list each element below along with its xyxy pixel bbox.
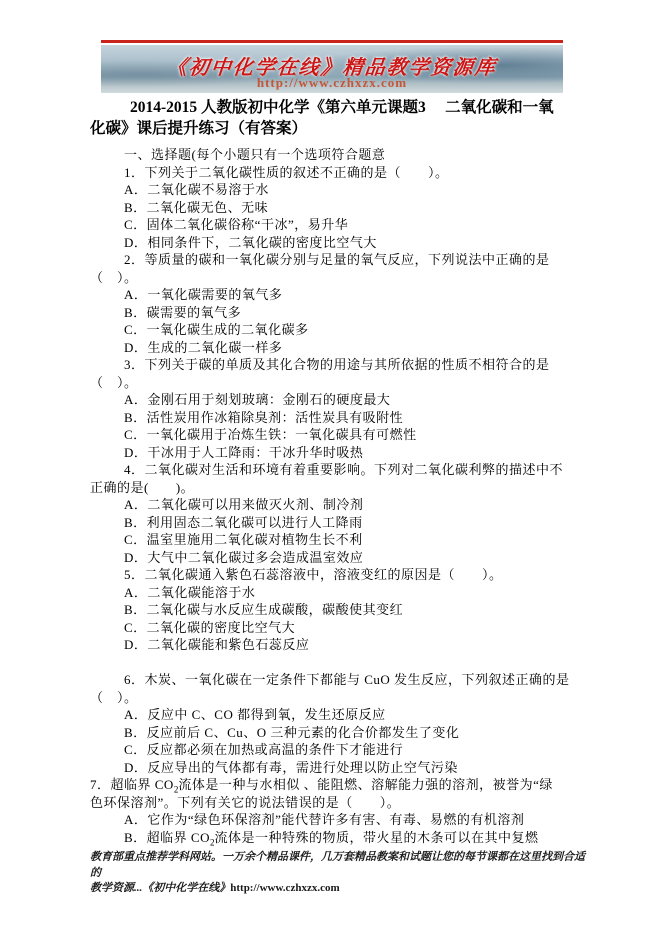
text-line: （ ）。: [90, 374, 590, 392]
footer-line2-text: 教学资源...《初中化学在线》: [90, 882, 230, 894]
worksheet-page: 《初中化学在线》精品教学资源库 http://www.czhxzx.com 20…: [0, 0, 661, 935]
text-line: （ ）。: [90, 689, 590, 707]
text-line: 一、选择题(每个小题只有一个选项符合题意: [90, 146, 590, 164]
banner-site-url: http://www.czhxzx.com: [101, 75, 563, 91]
text-line: 5．二氧化碳通入紫色石蕊溶液中，溶液变红的原因是（ ）。: [90, 566, 590, 584]
footer-site-url: http://www.czhxzx.com: [230, 882, 339, 894]
text-line: D．生成的二氧化碳一样多: [90, 339, 590, 357]
text-line: C．一氧化碳生成的二氧化碳多: [90, 321, 590, 339]
text-line: B．利用固态二氧化碳可以进行人工降雨: [90, 514, 590, 532]
text-line: 4．二氧化碳对生活和环境有着重要影响。下列对二氧化碳利弊的描述中不: [90, 461, 590, 479]
site-banner: 《初中化学在线》精品教学资源库 http://www.czhxzx.com: [101, 40, 563, 93]
text-line: D．干冰用于人工降雨：干冰升华时吸热: [90, 444, 590, 462]
text-line: A．反应中 C、CO 都得到氧，发生还原反应: [90, 706, 590, 724]
text-line: C．反应都必须在加热或高温的条件下才能进行: [90, 741, 590, 759]
text-line: A．二氧化碳不易溶于水: [90, 181, 590, 199]
text-line: C．一氧化碳用于冶炼生铁：一氧化碳具有可燃性: [90, 426, 590, 444]
text-line: B．二氧化碳无色、无味: [90, 199, 590, 217]
text-line: 6．木炭、一氧化碳在一定条件下都能与 CuO 发生反应，下列叙述正确的是: [90, 671, 590, 689]
text-line: C．固体二氧化碳俗称“干冰”，易升华: [90, 216, 590, 234]
text-line: A．二氧化碳能溶于水: [90, 584, 590, 602]
text-line: B．碳需要的氧气多: [90, 304, 590, 322]
text-line: D．相同条件下，二氧化碳的密度比空气大: [90, 234, 590, 252]
text-line: A．二氧化碳可以用来做灭火剂、制冷剂: [90, 496, 590, 514]
text-line: 3．下列关于碳的单质及其化合物的用途与其所依据的性质不相符合的是: [90, 356, 590, 374]
text-line: A．金刚石用于刻划玻璃：金刚石的硬度最大: [90, 391, 590, 409]
footer-line1: 教育部重点推荐学科网站。一万余个精品课件，几万套精品教案和试题让您的每节课都在这…: [90, 850, 595, 881]
text-line: D．二氧化碳能和紫色石蕊反应: [90, 636, 590, 654]
document-title-line1: 2014-2015 人教版初中化学《第六单元课题3 二氧化碳和一氧: [90, 97, 582, 118]
text-line: A．它作为“绿色环保溶剂”能代替许多有害、有毒、易燃的有机溶剂: [90, 811, 590, 829]
footer-note: 教育部重点推荐学科网站。一万余个精品课件，几万套精品教案和试题让您的每节课都在这…: [90, 850, 595, 897]
text-line: 色环保溶剂”。下列有关它的说法错误的是（ ）。: [90, 794, 590, 812]
banner-image: 《初中化学在线》精品教学资源库 http://www.czhxzx.com: [101, 45, 563, 93]
text-line: B．超临界 CO2流体是一种特殊的物质，带火星的木条可以在其中复燃: [90, 829, 590, 847]
text-line: 正确的是( )。: [90, 479, 590, 497]
worksheet-body: 一、选择题(每个小题只有一个选项符合题意1．下列关于二氧化碳性质的叙述不正确的是…: [90, 146, 590, 846]
text-line: C．温室里施用二氧化碳对植物生长不利: [90, 531, 590, 549]
text-line: A．一氧化碳需要的氧气多: [90, 286, 590, 304]
text-line: 2．等质量的碳和一氧化碳分别与足量的氧气反应，下列说法中正确的是: [90, 251, 590, 269]
document-title: 2014-2015 人教版初中化学《第六单元课题3 二氧化碳和一氧 化碳》课后提…: [90, 97, 582, 139]
text-line: D．反应导出的气体都有毒，需进行处理以防止空气污染: [90, 759, 590, 777]
text-line: B．反应前后 C、Cu、O 三种元素的化合价都发生了变化: [90, 724, 590, 742]
document-title-line2: 化碳》课后提升练习（有答案）: [90, 118, 582, 139]
text-line: （ ）。: [90, 269, 590, 287]
text-line: B．活性炭用作冰箱除臭剂：活性炭具有吸附性: [90, 409, 590, 427]
text-line: B．二氧化碳与水反应生成碳酸，碳酸使其变红: [90, 601, 590, 619]
text-line: C．二氧化碳的密度比空气大: [90, 619, 590, 637]
text-line: 7．超临界 CO2流体是一种与水相似 、能阻燃、溶解能力强的溶剂，被誉为“绿: [90, 776, 590, 794]
text-line: 1．下列关于二氧化碳性质的叙述不正确的是（ ）。: [90, 164, 590, 182]
banner-top-rule: [101, 40, 563, 43]
footer-line2: 教学资源...《初中化学在线》http://www.czhxzx.com: [90, 881, 595, 897]
text-line: D．大气中二氧化碳过多会造成温室效应: [90, 549, 590, 567]
blank-line: [90, 654, 590, 672]
